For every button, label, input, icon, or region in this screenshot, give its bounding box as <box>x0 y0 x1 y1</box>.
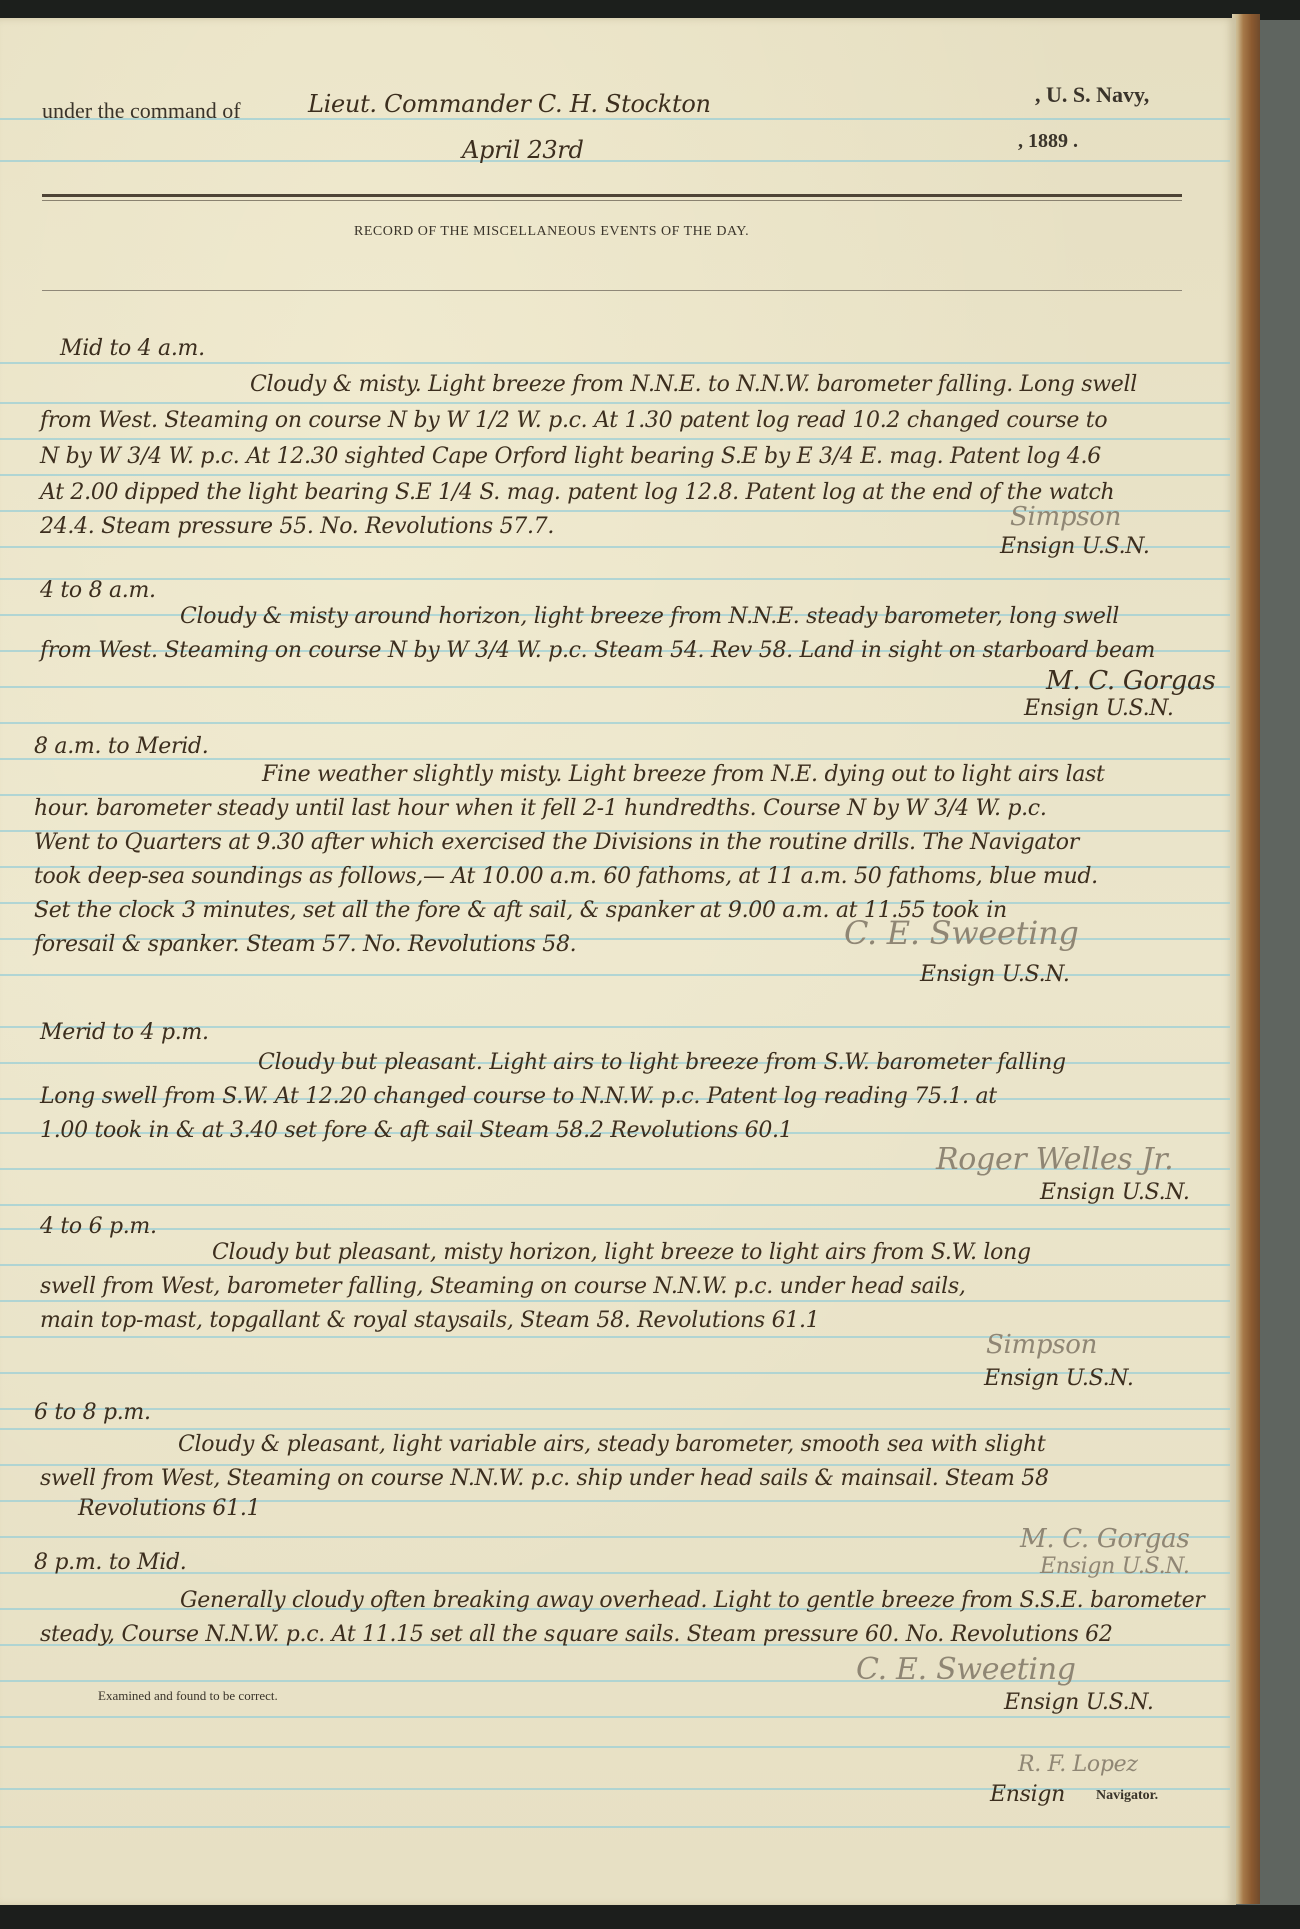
watch-label: 8 p.m. to Mid. <box>34 1550 186 1575</box>
entry-line: Cloudy but pleasant. Light airs to light… <box>258 1050 1066 1075</box>
entry-line: Long swell from S.W. At 12.20 changed co… <box>40 1084 997 1109</box>
watch-label: Mid to 4 a.m. <box>60 336 205 361</box>
book-page-edge <box>1232 14 1260 1904</box>
watch-label: 6 to 8 p.m. <box>34 1400 151 1425</box>
log-date: April 23rd <box>462 136 584 164</box>
ruled-line <box>0 160 1230 162</box>
watch-label: 8 a.m. to Merid. <box>34 734 208 759</box>
watch-label: 4 to 8 a.m. <box>40 578 156 603</box>
entry-line: 1.00 took in & at 3.40 set fore & aft sa… <box>40 1118 792 1143</box>
officer-rank: Ensign U.S.N. <box>1000 534 1150 559</box>
entry-line: from West. Steaming on course N by W 3/4… <box>40 638 1155 663</box>
officer-rank: Ensign U.S.N. <box>1040 1180 1190 1205</box>
officer-rank: Ensign U.S.N. <box>1004 1690 1154 1715</box>
header-divider <box>42 194 1182 197</box>
ruled-line <box>0 474 1230 476</box>
log-page: under the command of Lieut. Commander C.… <box>0 18 1236 1906</box>
officer-rank: Ensign U.S.N. <box>1024 696 1174 721</box>
ruled-line <box>0 402 1230 404</box>
entry-line: Cloudy & misty. Light breeze from N.N.E.… <box>250 372 1137 397</box>
officer-rank: Ensign U.S.N. <box>984 1366 1134 1391</box>
ruled-line <box>0 438 1230 440</box>
entry-line: Went to Quarters at 9.30 after which exe… <box>34 830 1079 855</box>
entry-line: N by W 3/4 W. p.c. At 12.30 sighted Cape… <box>40 444 1101 469</box>
entry-line: At 2.00 dipped the light bearing S.E 1/4… <box>40 480 1114 505</box>
officer-signature: C. E. Sweeting <box>844 914 1079 952</box>
entry-line: Cloudy but pleasant, misty horizon, ligh… <box>212 1240 1031 1265</box>
watch-label: 4 to 6 p.m. <box>40 1214 157 1239</box>
entry-line: swell from West, Steaming on course N.N.… <box>40 1466 1049 1491</box>
officer-signature: M. C. Gorgas <box>1020 1524 1189 1554</box>
ruled-line <box>0 722 1230 724</box>
entry-line: Cloudy & pleasant, light variable airs, … <box>178 1432 1045 1457</box>
officer-signature: Simpson <box>986 1330 1097 1360</box>
ruled-line <box>0 1228 1230 1230</box>
officer-signature: C. E. Sweeting <box>856 1652 1076 1687</box>
section-divider <box>42 290 1182 291</box>
navy-label: , U. S. Navy, <box>1035 82 1149 108</box>
entry-line: Fine weather slightly misty. Light breez… <box>262 762 1105 787</box>
entry-line: main top-mast, topgallant & royal staysa… <box>40 1308 819 1333</box>
log-year: , 1889 . <box>1018 130 1078 153</box>
officer-rank: Ensign U.S.N. <box>1040 1554 1190 1579</box>
ruled-line <box>0 578 1230 580</box>
ruled-line <box>0 1716 1230 1718</box>
ruled-line <box>0 1746 1230 1748</box>
ruled-line <box>0 1300 1230 1302</box>
command-prefix: under the command of <box>42 98 241 124</box>
officer-signature: M. C. Gorgas <box>1046 666 1215 696</box>
ruled-line <box>0 362 1230 364</box>
entry-line: hour. barometer steady until last hour w… <box>34 796 1047 821</box>
navigator-rank: Ensign <box>990 1782 1065 1807</box>
officer-rank: Ensign U.S.N. <box>920 962 1070 987</box>
top-background <box>0 0 1300 20</box>
entry-line: Generally cloudy often breaking away ove… <box>180 1588 1205 1613</box>
navigator-signature: R. F. Lopez <box>1018 1752 1138 1777</box>
navigator-title: Navigator. <box>1096 1788 1158 1804</box>
entry-line: steady, Course N.N.W. p.c. At 11.15 set … <box>40 1622 1113 1647</box>
entry-line: Cloudy & misty around horizon, light bre… <box>180 604 1119 629</box>
header-divider-thin <box>42 200 1182 201</box>
ruled-line <box>0 1826 1230 1828</box>
entry-line: Revolutions 61.1 <box>78 1496 260 1521</box>
examined-statement: Examined and found to be correct. <box>98 1688 278 1704</box>
ruled-line <box>0 1408 1230 1410</box>
watch-label: Merid to 4 p.m. <box>40 1020 209 1045</box>
officer-signature: Simpson <box>1010 502 1121 532</box>
entry-line: took deep-sea soundings as follows,— At … <box>34 864 1098 889</box>
entry-line: foresail & spanker. Steam 57. No. Revolu… <box>34 932 576 957</box>
ruled-line <box>0 1428 1230 1430</box>
entry-line: 24.4. Steam pressure 55. No. Revolutions… <box>40 514 554 539</box>
entry-line: swell from West, barometer falling, Stea… <box>40 1274 966 1299</box>
bottom-background <box>0 1905 1300 1929</box>
officer-signature: Roger Welles Jr. <box>936 1142 1173 1177</box>
entry-line: from West. Steaming on course N by W 1/2… <box>40 408 1107 433</box>
section-title: RECORD OF THE MISCELLANEOUS EVENTS OF TH… <box>354 224 749 240</box>
commander-name: Lieut. Commander C. H. Stockton <box>308 90 711 118</box>
